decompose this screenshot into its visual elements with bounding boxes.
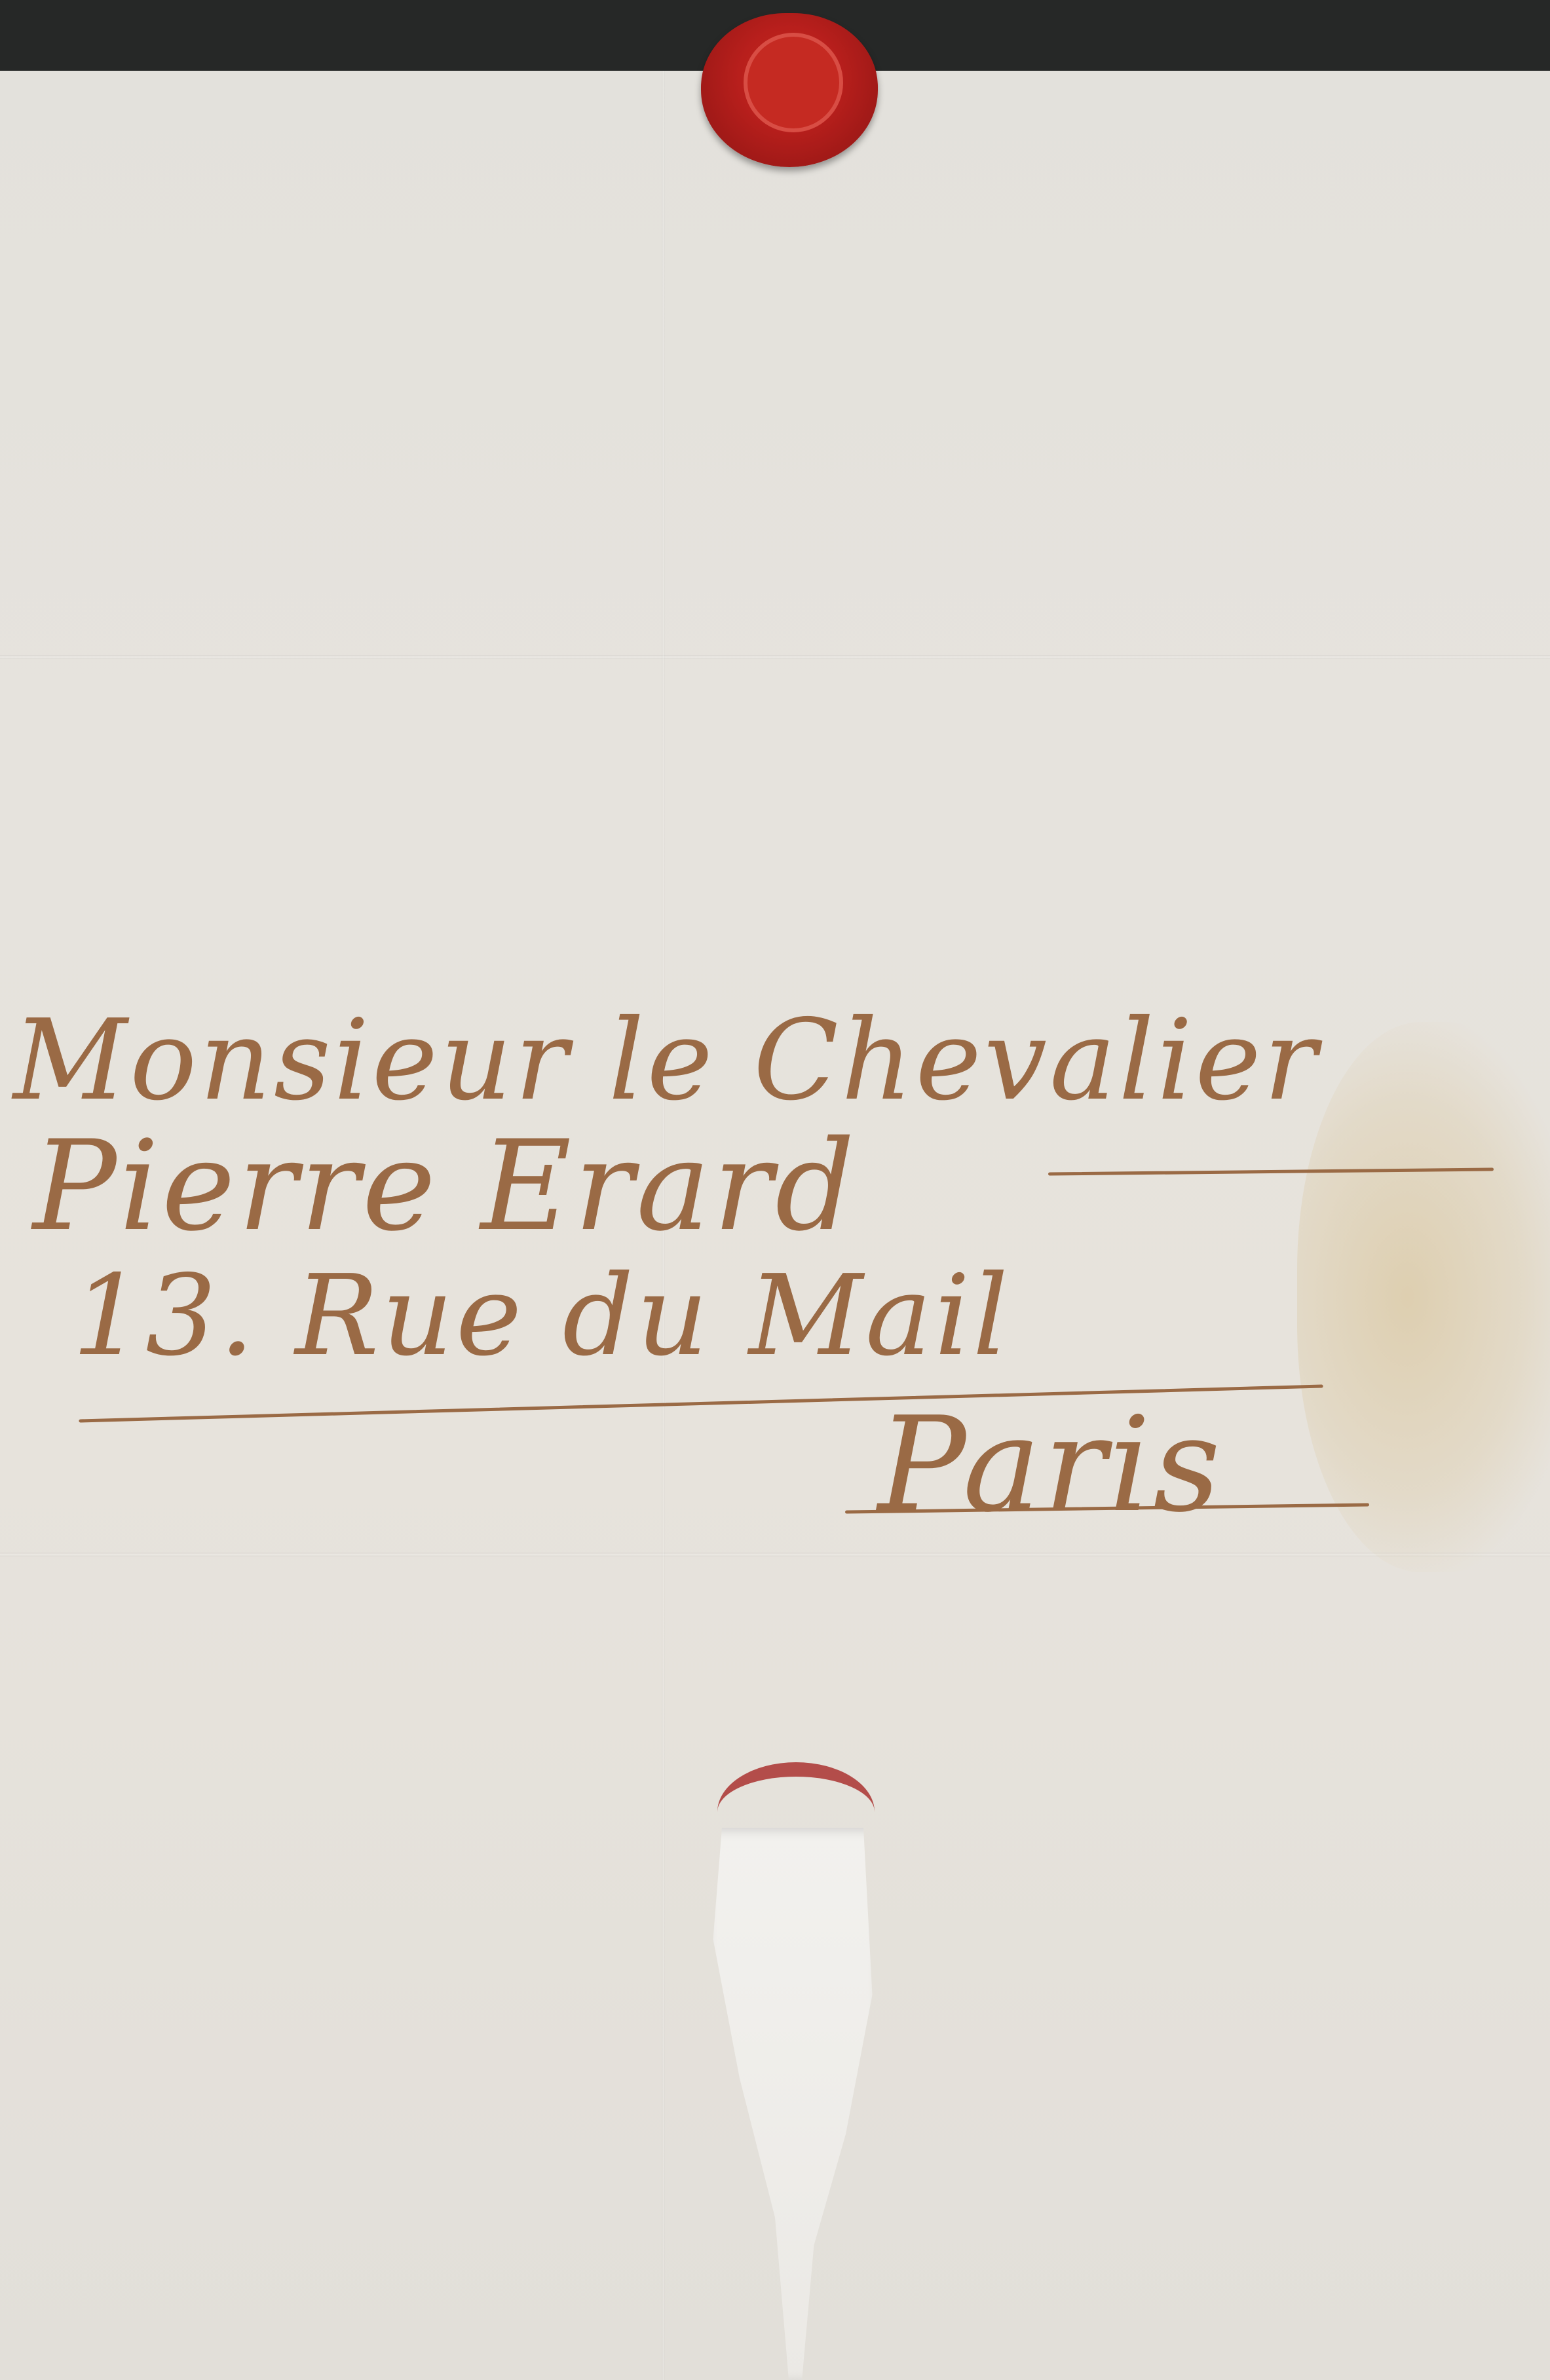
address-line-city: Paris [878,1389,1223,1541]
address-line-name: Pierre Erard [33,1114,858,1258]
handwritten-address: Monsieur le Chevalier Pierre Erard 13. R… [0,0,1550,2380]
address-line-title: Monsieur le Chevalier [13,996,1319,1125]
address-line-street: 13. Rue du Mail [72,1251,1011,1381]
underline-flourish [1048,1167,1494,1175]
